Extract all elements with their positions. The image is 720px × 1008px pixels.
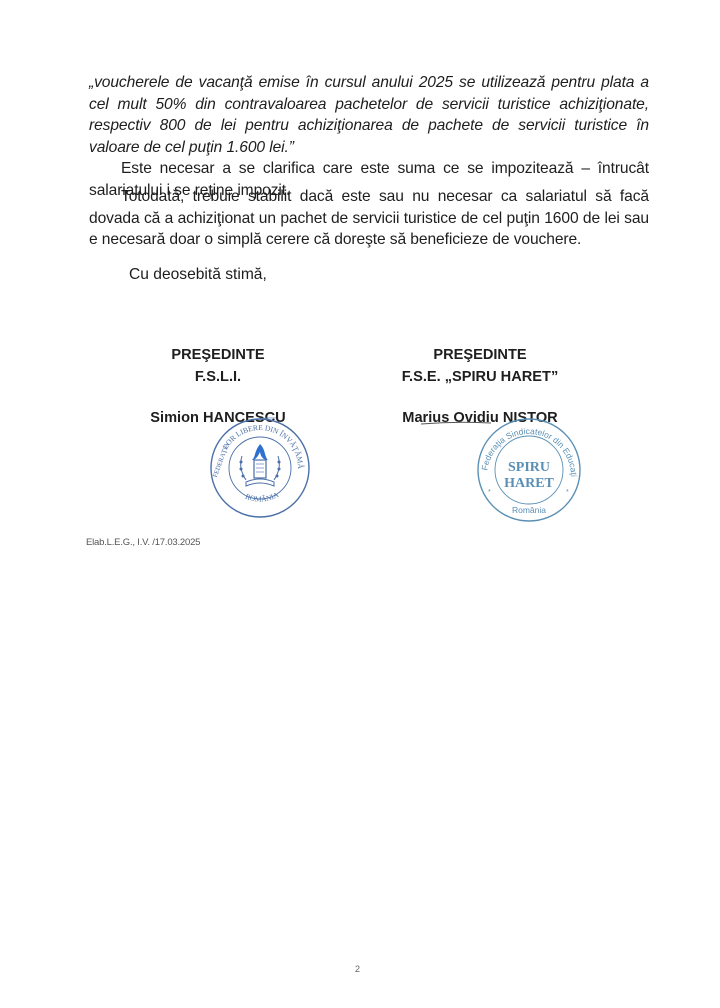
signatory-organization: F.S.L.I. [118,366,318,388]
signatory-title: PREŞEDINTE [380,344,580,366]
page-number: 2 [355,964,360,974]
svg-text:ROMÂNIA: ROMÂNIA [244,490,281,504]
document-page: „voucherele de vacanţă emise în cursul a… [0,0,720,1008]
signatory-title: PREŞEDINTE [118,344,318,366]
spiru-haret-seal-stamp-icon: Federaţia Sindicatelor din Educaţie SPIR… [475,416,583,524]
svg-text:*: * [566,489,569,496]
svg-text:*: * [488,489,491,496]
closing-salutation: Cu deosebită stimă, [129,266,267,284]
svg-text:SPIRU: SPIRU [508,460,550,475]
paragraph-proof-requirement: Totodată, trebuie stabilit dacă este sau… [89,186,649,251]
document-reference: Elab.L.E.G., I.V. /17.03.2025 [86,537,200,548]
signatory-organization: F.S.E. „SPIRU HARET” [380,366,580,388]
svg-text:România: România [512,505,546,515]
svg-text:FEDERAŢIA: FEDERAŢIA [212,442,231,479]
svg-text:HARET: HARET [504,476,554,491]
quoted-legal-text: „voucherele de vacanţă emise în cursul a… [89,72,649,158]
fsli-seal-stamp-icon: LOR LIBERE DIN ÎNVĂŢĂMÂNT ROMÂNIA FEDERA… [208,416,312,520]
